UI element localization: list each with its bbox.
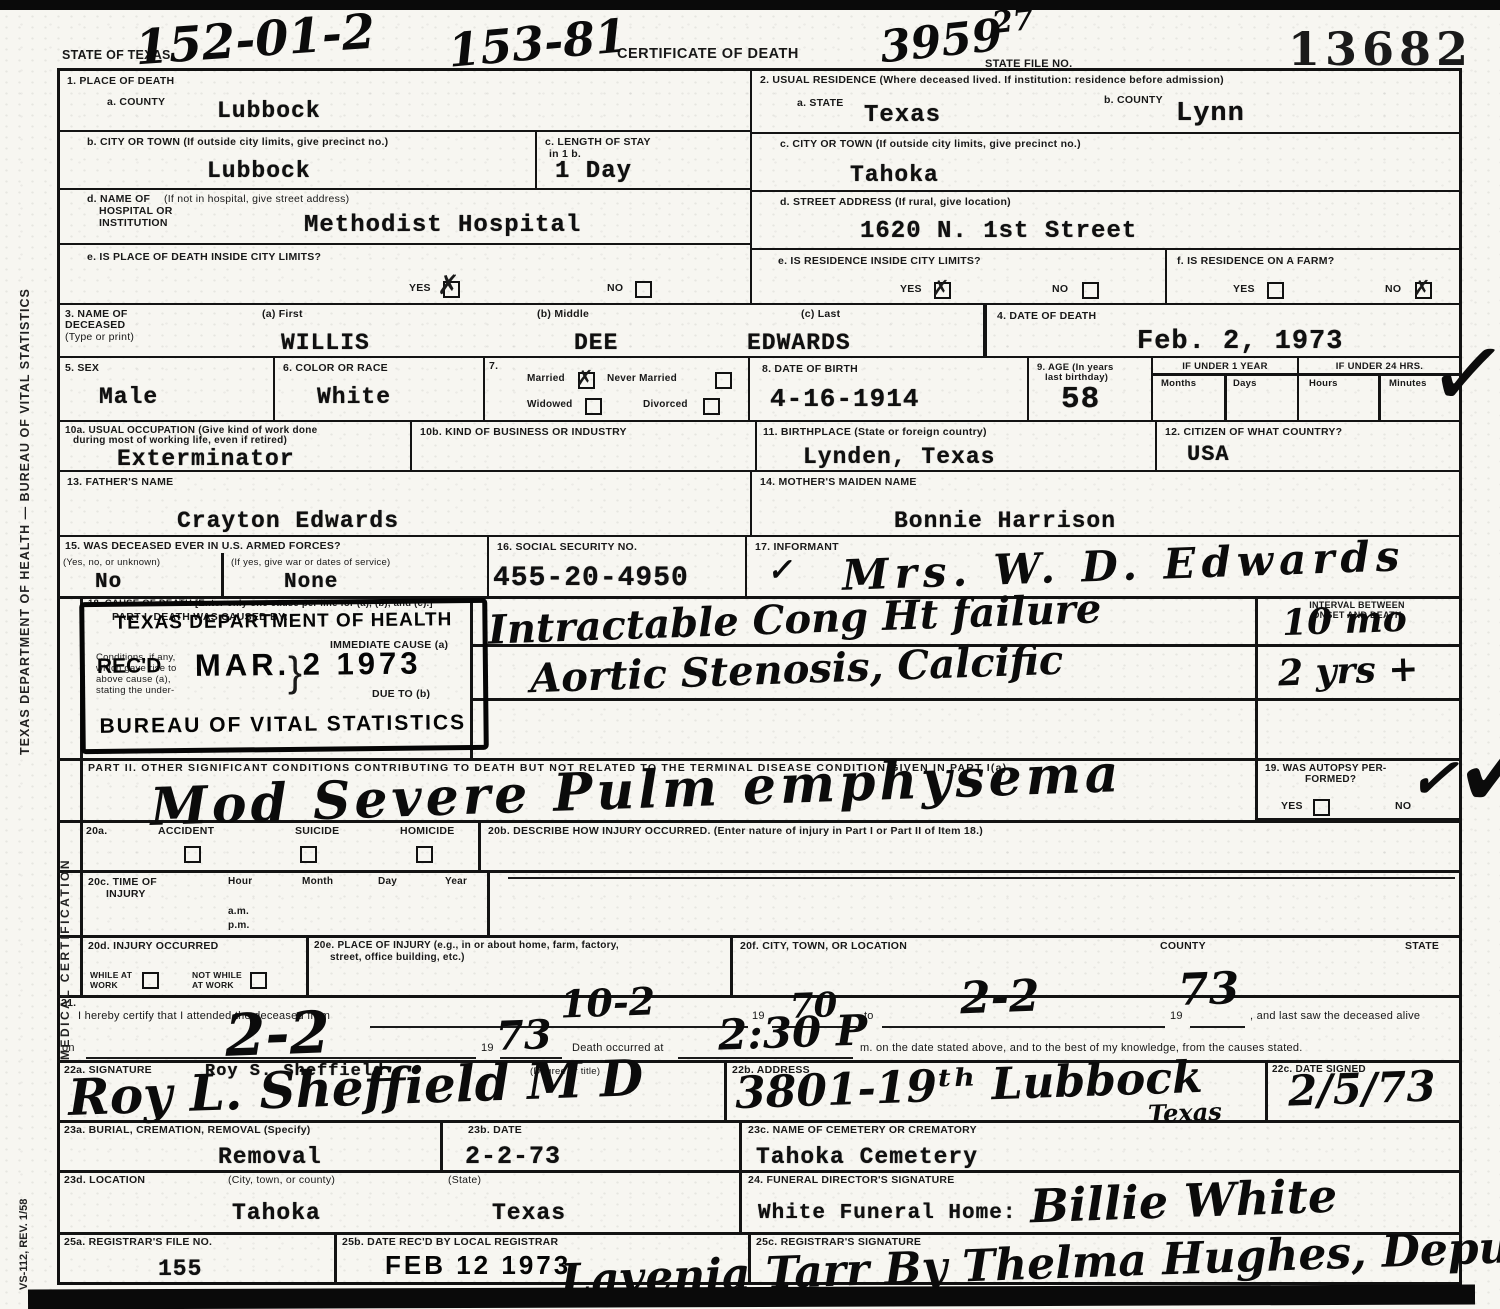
day-label: Day xyxy=(378,876,397,887)
divorced-checkbox xyxy=(703,398,720,415)
never-married-checkbox xyxy=(715,372,732,389)
margin-checkmark-2: ✓ xyxy=(1444,687,1500,844)
time-of-injury-label2: INJURY xyxy=(106,888,146,900)
armed-forces-label: 15. WAS DECEASED EVER IN U.S. ARMED FORC… xyxy=(65,540,341,552)
yes-label: YES xyxy=(1233,283,1255,295)
length-of-stay-cell: c. LENGTH OF STAY in 1 b. 1 Day xyxy=(535,130,752,190)
informant-signature: Mrs. W. D. Edwards xyxy=(841,531,1406,600)
county-value: Lubbock xyxy=(217,98,321,124)
hospital-cell: d. NAME OF (If not in hospital, give str… xyxy=(57,188,752,245)
section-armed-forces: 15. WAS DECEASED EVER IN U.S. ARMED FORC… xyxy=(57,535,489,598)
minutes-label: Minutes xyxy=(1389,378,1427,389)
interval-b-handwriting: 2 yrs + xyxy=(1277,648,1419,695)
year-label: Year xyxy=(445,876,467,887)
death-certificate-scan: TEXAS DEPARTMENT OF HEALTH — BUREAU OF V… xyxy=(0,0,1500,1309)
length-of-stay-value: 1 Day xyxy=(555,158,632,185)
mother-name-label: 14. MOTHER'S MAIDEN NAME xyxy=(760,476,917,488)
no-label: NO xyxy=(1052,283,1068,295)
section-autopsy: 19. WAS AUTOPSY PER- FORMED? YES NO ✓ xyxy=(1255,758,1462,820)
res-farm-label: f. IS RESIDENCE ON A FARM? xyxy=(1177,255,1334,267)
section-ssn: 16. SOCIAL SECURITY NO. 455-20-4950 xyxy=(487,535,747,598)
date-of-death-value: Feb. 2, 1973 xyxy=(1137,327,1343,357)
section-father-name: 13. FATHER'S NAME Crayton Edwards xyxy=(57,470,752,537)
injury-time-writing-line xyxy=(508,877,1455,879)
stamp-line2: BUREAU OF VITAL STATISTICS xyxy=(99,711,466,739)
received-stamp: TEXAS DEPARTMENT OF HEALTH REC'D MAR. 2 … xyxy=(79,598,489,754)
city-or-town-cell: b. CITY OR TOWN (If outside city limits,… xyxy=(57,130,537,190)
blank-line xyxy=(1190,1026,1245,1028)
burial-removal-value: Removal xyxy=(218,1144,322,1170)
cert-text-4: m. on the date stated above, and to the … xyxy=(860,1042,1303,1054)
married-label: Married xyxy=(527,373,565,384)
yes-checkbox: ✗ xyxy=(934,282,951,299)
while-at-work-label2: WORK xyxy=(90,980,118,990)
row-20d-top-border xyxy=(57,935,1462,938)
autopsy-label1: 19. WAS AUTOPSY PER- xyxy=(1265,763,1387,774)
check-mark: ✓ xyxy=(766,552,793,588)
res-street-cell: d. STREET ADDRESS (If rural, give locati… xyxy=(750,190,1462,250)
res-city-value: Tahoka xyxy=(850,162,939,188)
widowed-checkbox xyxy=(585,398,602,415)
name-label2: DECEASED xyxy=(65,319,125,331)
father-name-value: Crayton Edwards xyxy=(177,508,399,534)
middle-name-label: (b) Middle xyxy=(537,308,589,320)
res-farm-cell: f. IS RESIDENCE ON A FARM? YES NO ✗ xyxy=(1165,248,1462,305)
birthplace-value: Lynden, Texas xyxy=(803,444,995,470)
place-of-injury-label1: 20e. PLACE OF INJURY (e.g., in or about … xyxy=(314,940,619,951)
am-label: a.m. xyxy=(228,906,249,917)
armed-forces-value2: None xyxy=(284,571,338,594)
injury-20b-label: 20b. DESCRIBE HOW INJURY OCCURRED. (Ente… xyxy=(488,825,983,837)
res-city-label: c. CITY OR TOWN (If outside city limits,… xyxy=(780,138,1081,150)
widowed-label: Widowed xyxy=(527,399,573,410)
burial-date-value: 2-2-73 xyxy=(465,1142,561,1171)
injury-city-label: 20f. CITY, TOWN, OR LOCATION xyxy=(740,940,907,952)
stamp-recd: REC'D xyxy=(97,654,162,679)
scan-edge-top xyxy=(0,0,1500,10)
section-sex: 5. SEX Male xyxy=(57,356,275,422)
time-of-injury-label1: 20c. TIME OF xyxy=(88,876,157,888)
informant-label: 17. INFORMANT xyxy=(755,541,839,553)
row-21-top-border xyxy=(57,995,1462,998)
yes-checkbox xyxy=(1267,282,1284,299)
race-value: White xyxy=(317,384,391,410)
father-name-label: 13. FATHER'S NAME xyxy=(67,476,173,488)
yes-label: YES xyxy=(409,282,431,294)
cert-21-number: 21. xyxy=(61,997,76,1009)
not-while-checkbox xyxy=(250,972,267,989)
attended-from-date: 10-2 xyxy=(559,978,656,1026)
injury-occurred-label: 20d. INJURY OCCURRED xyxy=(88,940,218,952)
row-25-divider1 xyxy=(334,1232,337,1285)
section-occupation: 10a. USUAL OCCUPATION (Give kind of work… xyxy=(57,420,412,472)
armed-forces-divider xyxy=(221,553,224,598)
location-state-value: Texas xyxy=(492,1200,566,1226)
blank-line xyxy=(882,1026,1165,1028)
yes-checkbox xyxy=(1313,799,1330,816)
x-mark: ✗ xyxy=(1413,276,1431,300)
mother-name-value: Bonnie Harrison xyxy=(894,508,1116,534)
row-22-divider2 xyxy=(1265,1060,1268,1120)
city-label: b. CITY OR TOWN (If outside city limits,… xyxy=(87,136,388,148)
res-street-label: d. STREET ADDRESS (If rural, give locati… xyxy=(780,196,1011,208)
place-city-limits-label: e. IS PLACE OF DEATH INSIDE CITY LIMITS? xyxy=(87,251,321,263)
armed-forces-sub1: (Yes, no, or unknown) xyxy=(63,557,160,568)
attended-to-date: 2-2 xyxy=(959,971,1040,1025)
cert-text-2: , and last saw the deceased alive xyxy=(1250,1010,1420,1022)
not-while-label1: NOT WHILE xyxy=(192,970,242,980)
res-street-value: 1620 N. 1st Street xyxy=(860,218,1137,245)
margin-form-number: VS-112, REV. 1/58 xyxy=(18,1140,30,1290)
county-label: a. COUNTY xyxy=(107,96,165,108)
industry-label: 10b. KIND OF BUSINESS OR INDUSTRY xyxy=(420,426,627,438)
birthplace-label: 11. BIRTHPLACE (State or foreign country… xyxy=(763,426,987,438)
registrar-file-label: 25a. REGISTRAR'S FILE NO. xyxy=(64,1236,212,1248)
x-mark: ✗ xyxy=(437,270,460,301)
while-at-work-label1: WHILE AT xyxy=(90,970,132,980)
row-20c-top-border xyxy=(57,870,1462,873)
homicide-checkbox xyxy=(416,846,433,863)
married-checkbox: ✗ xyxy=(578,372,595,389)
place-of-death-label: 1. PLACE OF DEATH xyxy=(67,75,174,87)
row-23-divider2 xyxy=(739,1120,742,1232)
section-color-race: 6. COLOR OR RACE White xyxy=(273,356,485,422)
certificate-title: CERTIFICATE OF DEATH xyxy=(617,46,799,62)
row-20c-divider xyxy=(487,870,490,935)
res-city-cell: c. CITY OR TOWN (If outside city limits,… xyxy=(750,132,1462,192)
section-date-of-birth: 8. DATE OF BIRTH 4-16-1914 xyxy=(748,356,1029,422)
res-city-limits-label: e. IS RESIDENCE INSIDE CITY LIMITS? xyxy=(778,255,981,267)
date-received-stamp: FEB 12 1973 xyxy=(385,1250,571,1281)
ssn-label: 16. SOCIAL SECURITY NO. xyxy=(497,541,637,553)
row-23-top-border xyxy=(57,1120,1462,1123)
date-of-death-label: 4. DATE OF DEATH xyxy=(997,310,1096,322)
res-county-value: Lynn xyxy=(1176,99,1245,129)
section-citizen: 12. CITIZEN OF WHAT COUNTRY? USA xyxy=(1155,420,1462,472)
hours-label: Hours xyxy=(1309,378,1338,389)
hospital-note: (If not in hospital, give street address… xyxy=(164,193,349,205)
interval-a-handwriting: 10 mo xyxy=(1281,598,1407,644)
row-22-divider1 xyxy=(724,1060,727,1120)
race-label: 6. COLOR OR RACE xyxy=(283,362,388,374)
location-label: 23d. LOCATION xyxy=(64,1174,145,1186)
dob-label: 8. DATE OF BIRTH xyxy=(762,363,858,375)
funeral-home-typed: White Funeral Home: xyxy=(758,1202,1016,1225)
funeral-director-label: 24. FUNERAL DIRECTOR'S SIGNATURE xyxy=(748,1174,955,1186)
marital-number: 7. xyxy=(489,360,498,372)
hospital-value: Methodist Hospital xyxy=(304,212,581,239)
last-name-label: (c) Last xyxy=(801,308,840,320)
never-married-label: Never Married xyxy=(607,373,677,384)
location-sub1: (City, town, or county) xyxy=(228,1174,335,1186)
on-label: on xyxy=(62,1042,75,1054)
section-place-of-death: 1. PLACE OF DEATH a. COUNTY Lubbock xyxy=(57,68,752,132)
occupation-value: Exterminator xyxy=(117,446,295,472)
hospital-label3: INSTITUTION xyxy=(99,217,168,229)
section-date-of-death: 4. DATE OF DEATH Feb. 2, 1973 xyxy=(985,303,1462,358)
nineteen-label: 19 xyxy=(481,1042,494,1054)
row-20d-divider2 xyxy=(730,935,733,995)
res-city-limits-cell: e. IS RESIDENCE INSIDE CITY LIMITS? YES … xyxy=(750,248,1167,305)
no-checkbox xyxy=(1082,282,1099,299)
section-age: 9. AGE (In years last birthday) 58 xyxy=(1027,356,1153,422)
name-label3: (Type or print) xyxy=(65,331,134,343)
hospital-label: d. NAME OF xyxy=(87,193,150,205)
no-checkbox: ✗ xyxy=(1415,282,1432,299)
cemetery-value: Tahoka Cemetery xyxy=(756,1144,978,1170)
row-23-divider1 xyxy=(440,1120,443,1170)
handwritten-code-1: 152-01-2 xyxy=(133,4,377,77)
suicide-checkbox xyxy=(300,846,317,863)
res-state-value: Texas xyxy=(864,102,941,129)
days-label: Days xyxy=(1233,378,1257,389)
place-of-injury-label2: street, office building, etc.) xyxy=(330,952,465,963)
state-file-number: 13682 xyxy=(1288,22,1473,76)
res-county-label: b. COUNTY xyxy=(1104,94,1163,106)
injury-county-label: COUNTY xyxy=(1160,940,1206,952)
registrar-file-value: 155 xyxy=(158,1256,202,1282)
stamp-line1: TEXAS DEPARTMENT OF HEALTH xyxy=(84,609,482,635)
last-name-value: EDWARDS xyxy=(747,330,851,356)
injury-20a-label: 20a. xyxy=(86,825,107,837)
blank-line xyxy=(370,1026,748,1028)
no-label: NO xyxy=(1385,283,1401,295)
armed-forces-value1: No xyxy=(95,571,122,594)
yes-checkbox: ✗ xyxy=(443,281,460,298)
stamp-date: MAR. 2 1973 xyxy=(195,646,422,684)
yes-label: YES xyxy=(900,283,922,295)
city-value: Lubbock xyxy=(207,158,311,184)
row-20d-divider1 xyxy=(306,935,309,995)
margin-checkmark-1: ✓ xyxy=(1422,314,1500,434)
first-name-label: (a) First xyxy=(262,308,303,320)
section-usual-residence: 2. USUAL RESIDENCE (Where deceased lived… xyxy=(750,68,1462,134)
x-mark: ✗ xyxy=(932,276,950,300)
first-name-value: WILLIS xyxy=(281,330,370,356)
age-value: 58 xyxy=(1061,382,1100,417)
hospital-label2: HOSPITAL OR xyxy=(99,205,173,217)
burial-date-label: 23b. DATE xyxy=(468,1124,522,1136)
occupation-label2: during most of working life, even if ret… xyxy=(73,435,287,446)
section-marital-status: 7. Married ✗ Never Married Widowed Divor… xyxy=(483,356,750,422)
injury-state-label: STATE xyxy=(1405,940,1439,952)
section-birthplace: 11. BIRTHPLACE (State or foreign country… xyxy=(755,420,1157,472)
row-20a-divider xyxy=(478,820,481,870)
autopsy-label2: FORMED? xyxy=(1305,774,1356,785)
ssn-value: 455-20-4950 xyxy=(493,563,689,594)
funeral-director-signature: Billie White xyxy=(1029,1169,1338,1234)
res-state-label: a. STATE xyxy=(797,97,844,109)
location-sub2: (State) xyxy=(448,1174,481,1186)
scan-edge-bottom xyxy=(28,1284,1475,1309)
under-1-year-label: IF UNDER 1 YEAR xyxy=(1153,361,1297,372)
citizen-value: USA xyxy=(1187,442,1230,467)
location-city-value: Tahoka xyxy=(232,1200,321,1226)
no-checkbox xyxy=(635,281,652,298)
section-industry: 10b. KIND OF BUSINESS OR INDUSTRY xyxy=(410,420,757,472)
divorced-label: Divorced xyxy=(643,399,688,410)
while-at-work-checkbox xyxy=(142,972,159,989)
under-year-divider xyxy=(1151,373,1462,376)
middle-name-value: DEE xyxy=(574,330,618,356)
death-time: 2:30 P xyxy=(717,1005,868,1059)
hours-minutes-divider xyxy=(1378,373,1381,422)
date-received-label: 25b. DATE REC'D BY LOCAL REGISTRAR xyxy=(342,1236,558,1248)
x-mark: ✗ xyxy=(576,366,594,390)
yes-label: YES xyxy=(1281,800,1303,812)
hour-label: Hour xyxy=(228,876,252,887)
no-label: NO xyxy=(607,282,623,294)
section-informant: 17. INFORMANT ✓ Mrs. W. D. Edwards xyxy=(745,535,1462,598)
months-label: Months xyxy=(1161,378,1196,389)
month-label: Month xyxy=(302,876,333,887)
physician-address-state: Texas xyxy=(1148,1097,1223,1129)
cemetery-label: 23c. NAME OF CEMETERY OR CREMATORY xyxy=(748,1124,977,1136)
dob-value: 4-16-1914 xyxy=(770,384,919,414)
armed-forces-sub2: (If yes, give war or dates of service) xyxy=(231,557,390,568)
date-signed-value: 2/5/73 xyxy=(1287,1061,1436,1115)
section-mother-name: 14. MOTHER'S MAIDEN NAME Bonnie Harrison xyxy=(750,470,1462,537)
citizen-label: 12. CITIZEN OF WHAT COUNTRY? xyxy=(1165,426,1342,438)
not-while-label2: AT WORK xyxy=(192,980,234,990)
margin-agency-text: TEXAS DEPARTMENT OF HEALTH — BUREAU OF V… xyxy=(18,185,32,755)
length-of-stay-label: c. LENGTH OF STAY xyxy=(545,136,651,148)
usual-residence-label: 2. USUAL RESIDENCE (Where deceased lived… xyxy=(760,74,1224,86)
sex-label: 5. SEX xyxy=(65,362,99,374)
months-days-divider xyxy=(1224,373,1227,422)
attended-to-year: 73 xyxy=(1177,963,1240,1016)
sex-value: Male xyxy=(99,384,158,410)
section-name-of-deceased: 3. NAME OF DECEASED (Type or print) (a) … xyxy=(57,303,985,358)
accident-checkbox xyxy=(184,846,201,863)
pm-label: p.m. xyxy=(228,920,250,931)
place-city-limits-cell: e. IS PLACE OF DEATH INSIDE CITY LIMITS?… xyxy=(57,243,752,305)
